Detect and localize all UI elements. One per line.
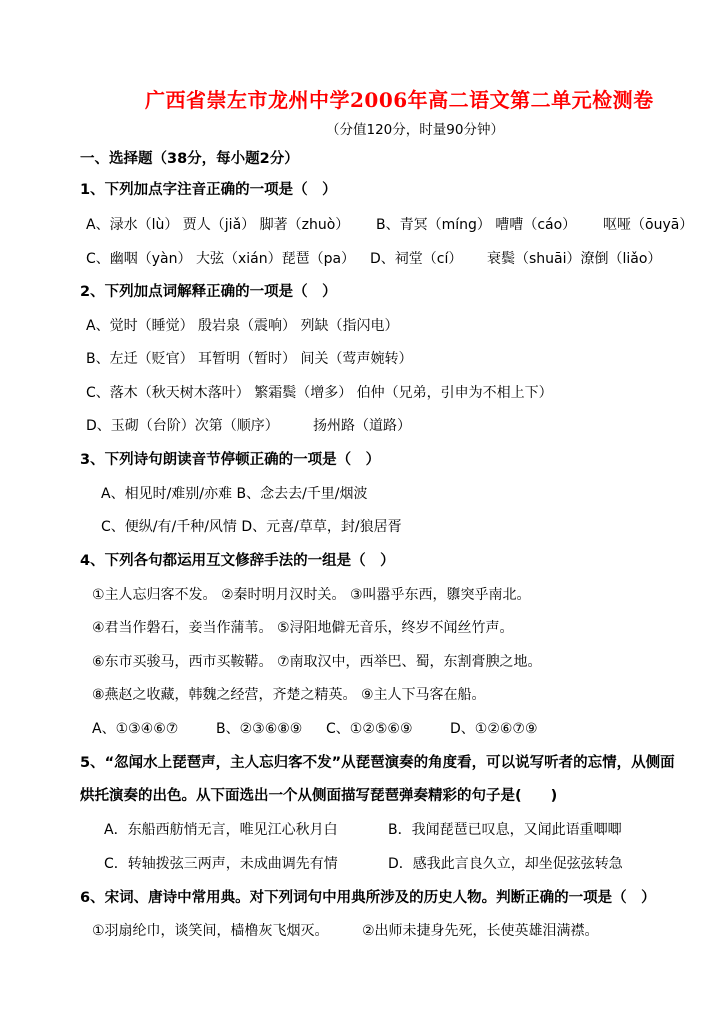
- q2-option-d-cont: 扬州路（道路）: [313, 417, 411, 435]
- q4-choice-a: A、①③④⑥⑦: [92, 720, 178, 738]
- q3-options-ab: A、相见时/难别/亦难 B、念去去/千里/烟波: [101, 485, 368, 503]
- q4-sentence-row: ④君当作磐石，妾当作蒲苇。 ⑤浔阳地僻无音乐，终岁不闻丝竹声。: [92, 619, 514, 637]
- q5-choice-b: B．我闻琵琶已叹息，又闻此语重唧唧: [388, 821, 622, 839]
- question-4-stem: 4、下列各句都运用互文修辞手法的一组是（ ）: [80, 552, 395, 570]
- q5-choice-a: A．东船西舫悄无言，唯见江心秋月白: [104, 821, 338, 839]
- q4-choice-c: C、①②⑤⑥⑨: [326, 720, 413, 738]
- q4-sentence-row: ⑧燕赵之收藏，韩魏之经营，齐楚之精英。 ⑨主人下马客在船。: [92, 686, 486, 704]
- page-title: 广西省崇左市龙州中学2006年高二语文第二单元检测卷: [145, 88, 654, 112]
- section-heading: 一、选择题（38分，每小题2分）: [80, 150, 299, 168]
- question-5-stem-line1: 5、“忽闻水上琵琶声，主人忘归客不发”从琵琶演奏的角度看，可以说写听者的忘情，从…: [80, 754, 675, 772]
- question-3-stem: 3、下列诗句朗读音节停顿正确的一项是（ ）: [80, 451, 380, 469]
- question-5-stem-line2: 烘托演奏的出色。从下面选出一个从侧面描写琵琶弹奏精彩的句子是( ): [80, 787, 557, 805]
- q1-option-d: D、祠堂（cí）: [370, 250, 462, 268]
- q2-option-b: B、左迁（贬官） 耳暂明（暂时） 间关（莺声婉转）: [86, 350, 413, 368]
- q2-option-c: C、落木（秋天树木落叶） 繁霜鬓（增多） 伯仲（兄弟，引申为不相上下）: [86, 384, 553, 402]
- question-1-stem: 1、下列加点字注音正确的一项是（ ）: [80, 181, 337, 199]
- q1-option-b: B、青冥（míng） 嘈嘈（cáo）: [376, 216, 576, 234]
- q2-option-d: D、玉砌（台阶）次第（顺序）: [86, 417, 279, 435]
- q6-sentence-1: ①羽扇纶巾，谈笑间，樯橹灰飞烟灭。: [92, 922, 329, 940]
- q4-sentence-row: ⑥东市买骏马，西市买鞍鞯。 ⑦南取汉中，西举巴、蜀，东割膏腴之地。: [92, 653, 542, 671]
- exam-page: 广西省崇左市龙州中学2006年高二语文第二单元检测卷 （分值120分，时量90分…: [0, 0, 725, 1024]
- q1-option-c: C、幽咽（yàn） 大弦（xián）琵琶（pa）: [86, 250, 355, 268]
- q2-option-a: A、觉时（睡觉） 殷岩泉（震响） 列缺（指闪电）: [86, 317, 398, 335]
- page-subtitle: （分值120分，时量90分钟）: [326, 121, 504, 139]
- q4-sentence-row: ①主人忘归客不发。 ②秦时明月汉时关。 ③叫嚣乎东西，隳突乎南北。: [92, 586, 531, 604]
- q4-choice-d: D、①②⑥⑦⑨: [450, 720, 538, 738]
- q1-option-d-cont: 衰鬓（shuāi）潦倒（liǎo）: [487, 250, 661, 268]
- q1-option-b-cont: 呕哑（ōuyā）: [603, 216, 693, 234]
- q5-choice-d: D．感我此言良久立，却坐促弦弦转急: [388, 855, 623, 873]
- question-2-stem: 2、下列加点词解释正确的一项是（ ）: [80, 283, 337, 301]
- question-6-stem: 6、宋词、唐诗中常用典。对下列词句中用典所涉及的历史人物。判断正确的一项是（ ）: [80, 889, 656, 907]
- q5-choice-c: C．转轴拨弦三两声，未成曲调先有情: [104, 855, 338, 873]
- q6-sentence-2: ②出师未捷身先死，长使英雄泪满襟。: [362, 922, 599, 940]
- q1-option-a: A、渌水（lù） 贾人（jiǎ） 脚著（zhuò）: [86, 216, 349, 234]
- q4-choice-b: B、②③⑥⑧⑨: [216, 720, 302, 738]
- q3-options-cd: C、便纵/有/千种/风情 D、元喜/草草，封/狼居胥: [101, 518, 402, 536]
